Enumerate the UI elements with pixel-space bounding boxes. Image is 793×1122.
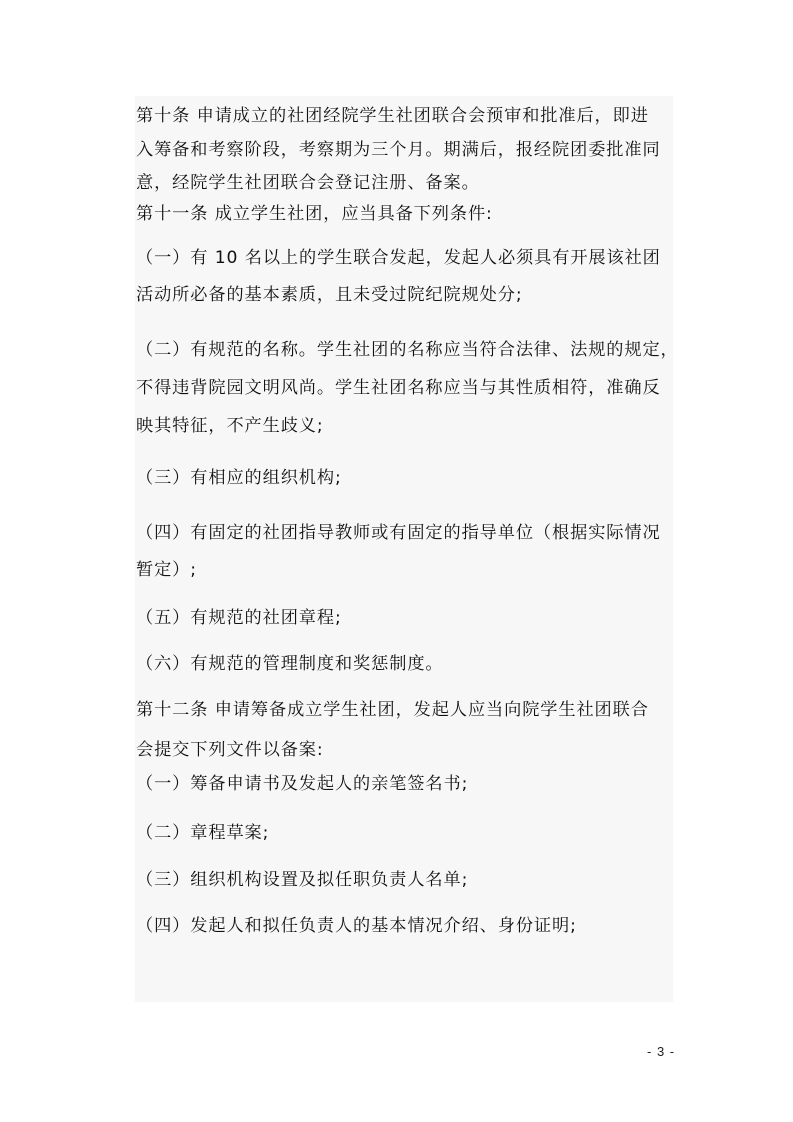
article-12-item-1: （一）筹备申请书及发起人的亲笔签名书;	[136, 774, 468, 794]
article-12-item-3: （三）组织机构设置及拟任职负责人名单;	[136, 870, 468, 890]
article-12-line-1: 第十二条 申请筹备成立学生社团，发起人应当向院学生社团联合	[136, 700, 649, 720]
document-page: 第十条 申请成立的社团经院学生社团联合会预审和批准后，即进 入筹备和考察阶段，考…	[0, 0, 793, 1122]
article-11-item-5: （五）有规范的社团章程;	[136, 608, 342, 628]
article-11-item-6: （六）有规范的管理制度和奖惩制度。	[136, 654, 444, 674]
article-10-line-3: 意，经院学生社团联合会登记注册、备案。	[136, 173, 480, 193]
article-11-item-4-line-2: 暂定）;	[136, 560, 197, 580]
article-11-heading: 第十一条 成立学生社团，应当具备下列条件:	[136, 204, 493, 224]
text-block-background	[135, 96, 673, 1002]
page-number: - 3 -	[647, 1044, 675, 1059]
article-12-item-4: （四）发起人和拟任负责人的基本情况介绍、身份证明;	[136, 916, 577, 936]
article-11-item-1-line-2: 活动所必备的基本素质，且未受过院纪院规处分;	[136, 285, 523, 305]
article-11-item-3: （三）有相应的组织机构;	[136, 468, 342, 488]
article-10-line-1: 第十条 申请成立的社团经院学生社团联合会预审和批准后，即进	[136, 106, 649, 126]
article-12-line-2: 会提交下列文件以备案:	[136, 740, 324, 760]
article-11-item-1-line-1: （一）有 10 名以上的学生联合发起，发起人必须具有开展该社团	[136, 248, 661, 268]
article-12-item-2: （二）章程草案;	[136, 823, 269, 843]
article-10-line-2: 入筹备和考察阶段，考察期为三个月。期满后，报经院团委批准同	[136, 140, 661, 160]
article-11-item-2-line-3: 映其特征，不产生歧义;	[136, 416, 324, 436]
article-11-item-2-line-1: （二）有规范的名称。学生社团的名称应当符合法律、法规的规定，	[136, 340, 679, 360]
article-11-item-2-line-2: 不得违背院园文明风尚。学生社团名称应当与其性质相符，准确反	[136, 378, 661, 398]
article-11-item-4-line-1: （四）有固定的社团指导教师或有固定的指导单位（根据实际情况	[136, 523, 661, 543]
